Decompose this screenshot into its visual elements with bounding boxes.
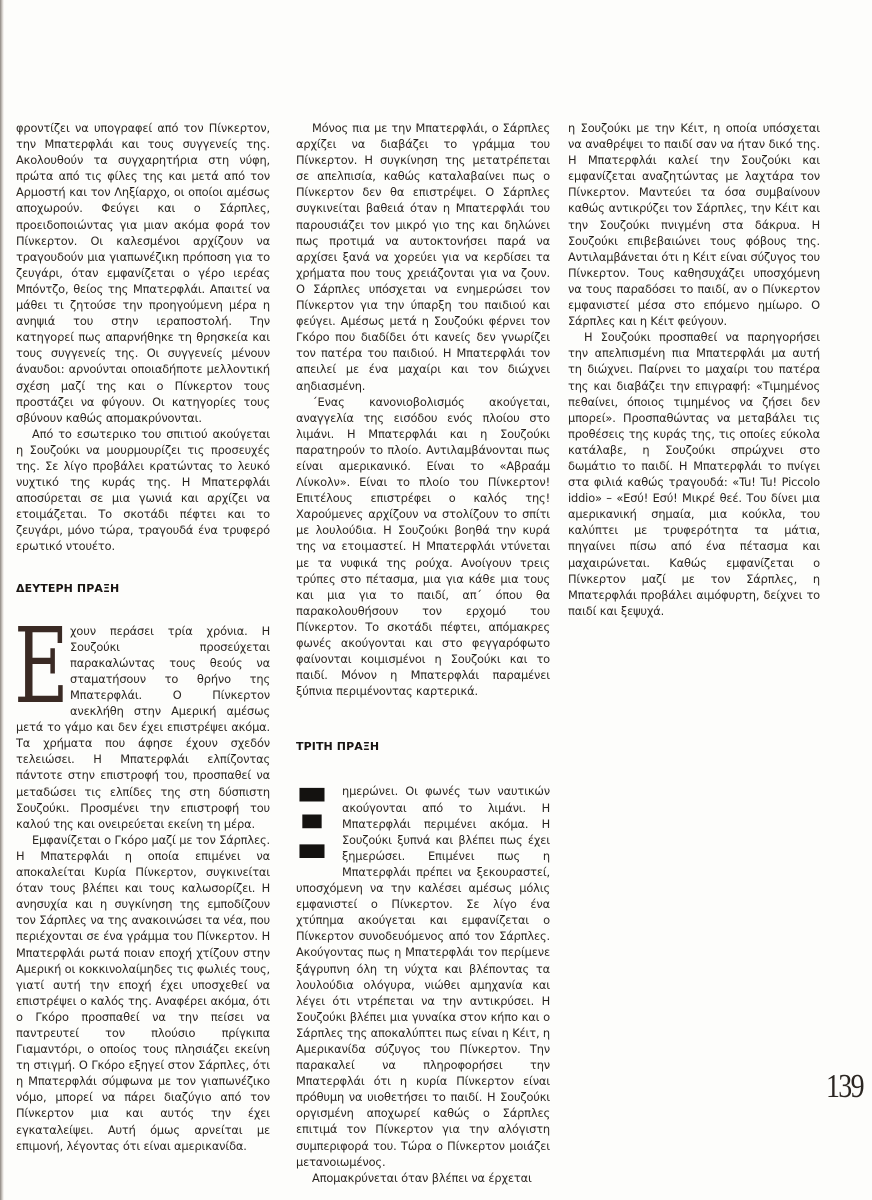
page-binding-edge: [0, 0, 4, 1200]
dropcap-letter: Ξ: [294, 785, 316, 869]
paragraph: Από το εσωτερικο του σπιτιού ακούγεται η…: [16, 426, 270, 555]
paragraph: ημερώνει. Οι φωνές των ναυτικών ακούγοντ…: [296, 783, 550, 1169]
paragraph: Η Σουζούκι προσπαθεί να παρηγορήσει την …: [568, 329, 820, 619]
paragraph: ΄Ενας κανονιοβολισμός ακούγεται, αναγγελ…: [296, 394, 550, 700]
text-column-2: Μόνος πια με την Μπατερφλάι, ο Σάρπλες α…: [296, 120, 550, 1186]
text-column-3: η Σουζούκι με την Κέιτ, η οποία υπόσχετα…: [568, 120, 820, 619]
page-number: 139: [826, 1068, 863, 1106]
dropcap-paragraph: Ξ ημερώνει. Οι φωνές των ναυτικών ακούγο…: [296, 783, 550, 1169]
paragraph: Απομακρύνεται όταν βλέπει να έρχεται: [296, 1170, 550, 1186]
dropcap-letter: Ε: [14, 625, 47, 709]
section-heading-act-two: ΔΕΥΤΕΡΗ ΠΡΑΞΗ: [16, 581, 270, 597]
paragraph: Εμφανίζεται ο Γκόρο μαζί με τον Σάρπλες.…: [16, 832, 270, 1154]
section-heading-act-three: ΤΡΙΤΗ ΠΡΑΞΗ: [296, 739, 550, 755]
paragraph: Μόνος πια με την Μπατερφλάι, ο Σάρπλες α…: [296, 120, 550, 394]
paragraph: φροντίζει να υπογραφεί από τον Πίνκερτον…: [16, 120, 270, 426]
dropcap-paragraph: Ε χουν περάσει τρία χρόνια. Η Σουζούκι π…: [16, 623, 270, 832]
text-column-1: φροντίζει να υπογραφεί από τον Πίνκερτον…: [16, 120, 270, 1154]
paragraph: η Σουζούκι με την Κέιτ, η οποία υπόσχετα…: [568, 120, 820, 329]
